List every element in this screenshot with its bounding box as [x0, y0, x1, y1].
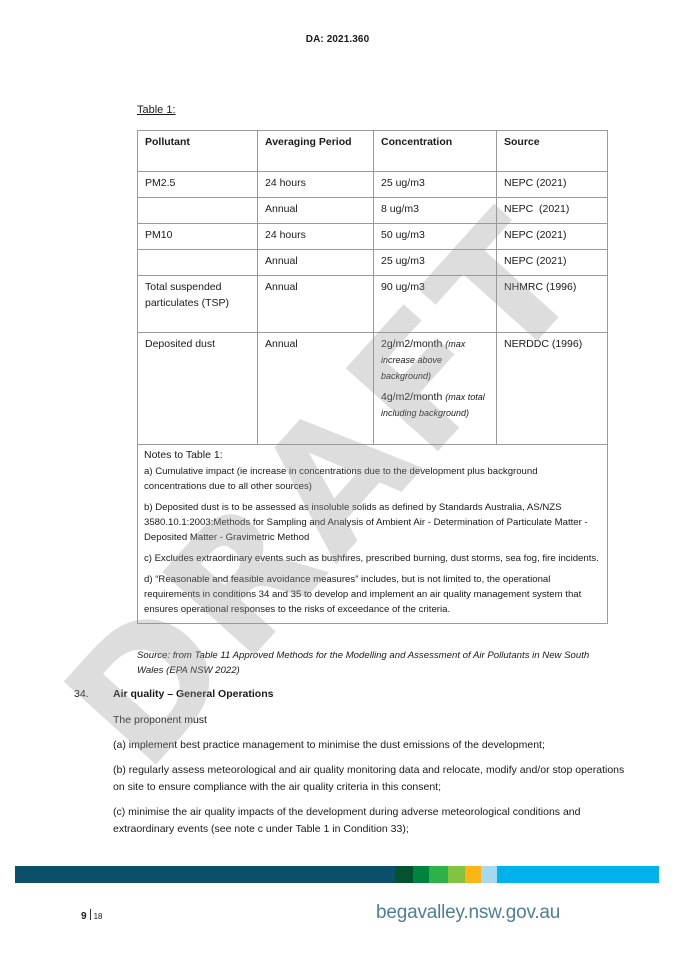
- cell-pollutant: PM2.5: [138, 172, 258, 198]
- condition-item-a: (a) implement best practice management t…: [113, 737, 633, 754]
- column-header-averaging-period: Averaging Period: [258, 131, 374, 172]
- document-reference: DA: 2021.360: [0, 34, 675, 45]
- cell-source: NHMRC (1996): [497, 276, 608, 333]
- color-segment: [429, 866, 448, 883]
- color-segment: [448, 866, 465, 883]
- total-pages: 18: [94, 912, 103, 921]
- color-segment: [481, 866, 497, 883]
- cell-source: NEPC (2021): [497, 224, 608, 250]
- notes-title: Notes to Table 1:: [144, 448, 601, 463]
- cell-period: 24 hours: [258, 172, 374, 198]
- cell-concentration: 50 ug/m3: [374, 224, 497, 250]
- cell-source: NEPC (2021): [497, 198, 608, 224]
- cell-period: Annual: [258, 276, 374, 333]
- table-caption: Table 1:: [137, 104, 176, 116]
- table-row: Deposited dust Annual 2g/m2/month (max i…: [138, 333, 608, 445]
- cell-concentration: 8 ug/m3: [374, 198, 497, 224]
- cell-pollutant: Deposited dust: [138, 333, 258, 445]
- page-separator: [90, 909, 91, 920]
- note-a: a) Cumulative impact (ie increase in con…: [144, 464, 601, 494]
- cell-period: Annual: [258, 198, 374, 224]
- concentration-total: 4g/m2/month (max total including backgro…: [381, 389, 489, 421]
- table-row: Annual 25 ug/m3 NEPC (2021): [138, 250, 608, 276]
- concentration-value: 2g/m2/month: [381, 338, 442, 350]
- cell-pollutant: PM10: [138, 224, 258, 250]
- table-notes-row: Notes to Table 1: a) Cumulative impact (…: [138, 445, 608, 624]
- condition-body: The proponent must (a) implement best pr…: [113, 712, 633, 846]
- cell-pollutant: Total suspended particulates (TSP): [138, 276, 258, 333]
- cell-source: NERDDC (1996): [497, 333, 608, 445]
- table-header-row: Pollutant Averaging Period Concentration…: [138, 131, 608, 172]
- column-header-pollutant: Pollutant: [138, 131, 258, 172]
- cell-source: NEPC (2021): [497, 250, 608, 276]
- cell-concentration: 25 ug/m3: [374, 172, 497, 198]
- concentration-value: 4g/m2/month: [381, 391, 442, 403]
- color-segment: [413, 866, 429, 883]
- concentration-increase: 2g/m2/month (max increase above backgrou…: [381, 336, 489, 384]
- note-d: d) “Reasonable and feasible avoidance me…: [144, 572, 601, 617]
- table-notes: Notes to Table 1: a) Cumulative impact (…: [138, 445, 608, 624]
- cell-source: NEPC (2021): [497, 172, 608, 198]
- page-number: 918: [81, 909, 102, 922]
- condition-item-b: (b) regularly assess meteorological and …: [113, 762, 633, 796]
- condition-number: 34.: [74, 688, 89, 700]
- column-header-source: Source: [497, 131, 608, 172]
- cell-pollutant: [138, 198, 258, 224]
- color-segment: [465, 866, 481, 883]
- table-row: Total suspended particulates (TSP) Annua…: [138, 276, 608, 333]
- table-row: Annual 8 ug/m3 NEPC (2021): [138, 198, 608, 224]
- color-segment: [15, 866, 395, 883]
- condition-intro: The proponent must: [113, 712, 633, 729]
- table-source-citation: Source: from Table 11 Approved Methods f…: [137, 648, 607, 678]
- document-page: DA: 2021.360 Table 1: Pollutant Averagin…: [0, 0, 675, 953]
- cell-concentration: 90 ug/m3: [374, 276, 497, 333]
- cell-period: 24 hours: [258, 224, 374, 250]
- cell-pollutant: [138, 250, 258, 276]
- council-website: begavalley.nsw.gov.au: [376, 902, 560, 924]
- cell-period: Annual: [258, 333, 374, 445]
- footer-color-bar: [15, 866, 659, 883]
- color-segment: [497, 866, 659, 883]
- note-c: c) Excludes extraordinary events such as…: [144, 551, 601, 566]
- note-b: b) Deposited dust is to be assessed as i…: [144, 500, 601, 545]
- cell-period: Annual: [258, 250, 374, 276]
- air-quality-criteria-table: Pollutant Averaging Period Concentration…: [137, 130, 608, 624]
- cell-concentration: 2g/m2/month (max increase above backgrou…: [374, 333, 497, 445]
- color-segment: [395, 866, 413, 883]
- cell-concentration: 25 ug/m3: [374, 250, 497, 276]
- condition-title: Air quality – General Operations: [113, 688, 273, 700]
- table-row: PM10 24 hours 50 ug/m3 NEPC (2021): [138, 224, 608, 250]
- column-header-concentration: Concentration: [374, 131, 497, 172]
- condition-item-c: (c) minimise the air quality impacts of …: [113, 804, 633, 838]
- current-page: 9: [81, 911, 87, 922]
- table-row: PM2.5 24 hours 25 ug/m3 NEPC (2021): [138, 172, 608, 198]
